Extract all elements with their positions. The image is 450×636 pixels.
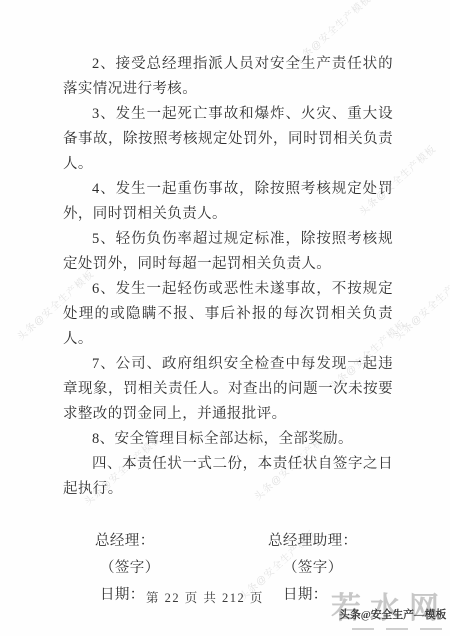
watermark-overlay-text: 头条@安全生产—模板 <box>339 606 446 622</box>
doc-paragraph: 2、接受总经理指派人员对安全生产责任状的落实情况进行考核。 <box>63 52 393 102</box>
doc-paragraph: 8、安全管理目标全部达标，全部奖励。 <box>63 427 393 452</box>
document-body: 2、接受总经理指派人员对安全生产责任状的落实情况进行考核。 3、发生一起死亡事故… <box>63 52 393 609</box>
doc-paragraph: 7、公司、政府组织安全检查中每发现一起违章现象，罚相关责任人。对查出的问题一次未… <box>63 352 393 427</box>
signature-left-title: 总经理： <box>95 528 235 555</box>
document-page: 头条@安全生产模板 头条@安全生产模板 头条@安全生产模板 头条@安全生产模板 … <box>0 0 450 636</box>
doc-paragraph: 4、发生一起重伤事故，除按照考核规定处罚外，同时罚相关负责人。 <box>63 177 393 227</box>
watermark-url-smudge <box>352 628 442 630</box>
signature-left-sign-label: （签字） <box>95 555 240 582</box>
doc-paragraph: 四、本责任状一式二份，本责任状自签字之日起执行。 <box>63 452 393 502</box>
diagonal-watermark: 头条@安全生产模板 <box>390 266 450 343</box>
signature-right-sign-label: （签字） <box>273 555 343 582</box>
doc-paragraph: 3、发生一起死亡事故和爆炸、火灾、重大设备事故，除按照考核规定处罚外，同时罚相关… <box>63 102 393 177</box>
doc-paragraph: 6、发生一起轻伤或恶性未遂事故，不按规定处理的或隐瞒不报、事后补报的每次罚相关负… <box>63 277 393 352</box>
signature-right-title: 总经理助理： <box>268 528 357 555</box>
doc-paragraph: 5、轻伤负伤率超过规定标准，除按照考核规定处罚外，同时每超一起罚相关负责人。 <box>63 227 393 277</box>
